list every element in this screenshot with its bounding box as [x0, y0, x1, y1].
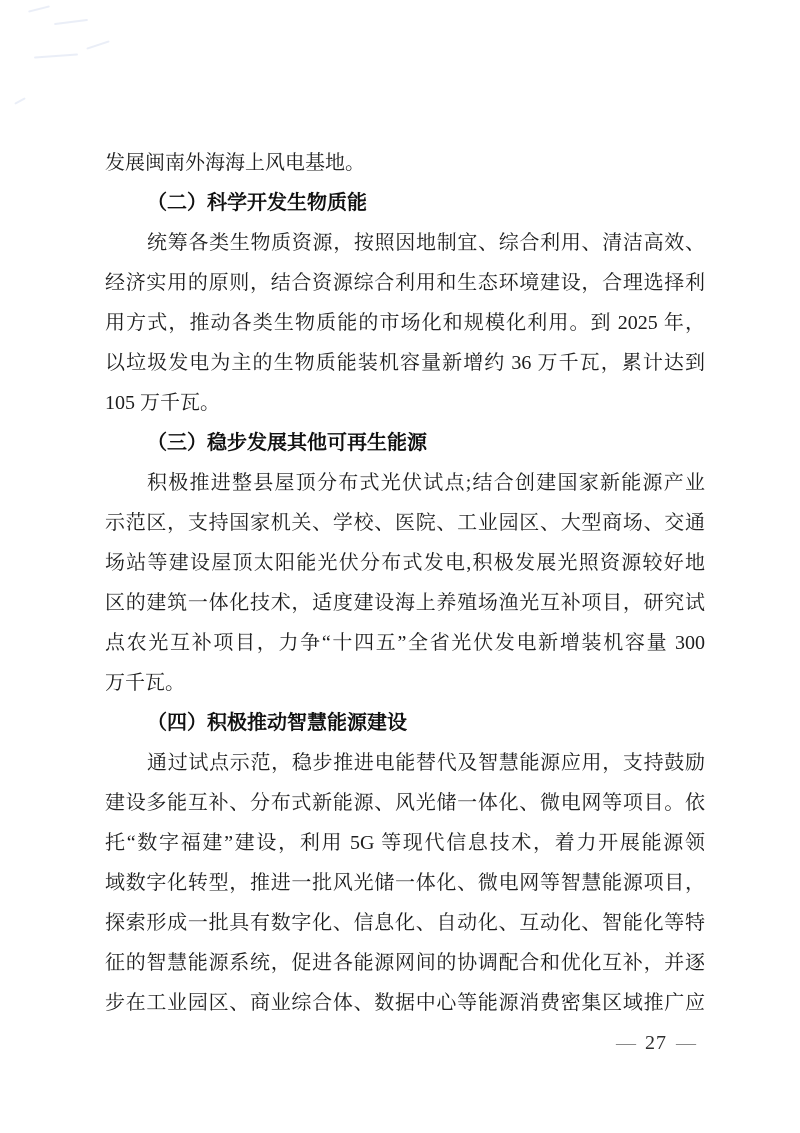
page-number: 27 [645, 1032, 667, 1055]
scan-artifact [28, 5, 50, 12]
text-line: 经济实用的原则，结合资源综合利用和生态环境建设，合理选择利 [105, 263, 705, 303]
scan-artifact [14, 97, 26, 104]
text-line: 积极推进整县屋顶分布式光伏试点;结合创建国家新能源产业 [105, 463, 705, 503]
section-heading: （四）积极推动智慧能源建设 [105, 703, 705, 743]
text-line: 点农光互补项目，力争“十四五”全省光伏发电新增装机容量 300 [105, 623, 705, 663]
text-line: 建设多能互补、分布式新能源、风光储一体化、微电网等项目。依 [105, 783, 705, 823]
document-lines: 发展闽南外海海上风电基地。（二）科学开发生物质能统筹各类生物质资源，按照因地制宜… [105, 143, 705, 1023]
text-line: 发展闽南外海海上风电基地。 [105, 143, 705, 183]
section-heading: （三）稳步发展其他可再生能源 [105, 423, 705, 463]
text-line: 托“数字福建”建设，利用 5G 等现代信息技术，着力开展能源领 [105, 823, 705, 863]
text-line: 区的建筑一体化技术，适度建设海上养殖场渔光互补项目，研究试 [105, 583, 705, 623]
text-line: 105 万千瓦。 [105, 383, 705, 423]
page-number-dash: — [667, 1032, 705, 1055]
text-line: 征的智慧能源系统，促进各能源网间的协调配合和优化互补，并逐 [105, 943, 705, 983]
text-line: 用方式，推动各类生物质能的市场化和规模化利用。到 2025 年， [105, 303, 705, 343]
text-line: 步在工业园区、商业综合体、数据中心等能源消费密集区域推广应 [105, 983, 705, 1023]
text-line: 以垃圾发电为主的生物质能装机容量新增约 36 万千瓦，累计达到 [105, 343, 705, 383]
page-footer: — 27 — [105, 1024, 705, 1062]
text-line: 统筹各类生物质资源，按照因地制宜、综合利用、清洁高效、 [105, 223, 705, 263]
document-body: 发展闽南外海海上风电基地。（二）科学开发生物质能统筹各类生物质资源，按照因地制宜… [105, 143, 705, 1023]
text-line: 场站等建设屋顶太阳能光伏分布式发电,积极发展光照资源较好地 [105, 543, 705, 583]
document-page: 发展闽南外海海上风电基地。（二）科学开发生物质能统筹各类生物质资源，按照因地制宜… [0, 0, 800, 1133]
page-number-dash: — [607, 1032, 645, 1055]
scan-artifact [34, 53, 78, 58]
text-line: 通过试点示范，稳步推进电能替代及智慧能源应用，支持鼓励 [105, 743, 705, 783]
section-heading: （二）科学开发生物质能 [105, 183, 705, 223]
scan-artifact [54, 19, 88, 25]
text-line: 示范区，支持国家机关、学校、医院、工业园区、大型商场、交通 [105, 503, 705, 543]
text-line: 万千瓦。 [105, 663, 705, 703]
text-line: 探索形成一批具有数字化、信息化、自动化、互动化、智能化等特 [105, 903, 705, 943]
text-line: 域数字化转型，推进一批风光储一体化、微电网等智慧能源项目， [105, 863, 705, 903]
scan-artifact [86, 40, 109, 49]
